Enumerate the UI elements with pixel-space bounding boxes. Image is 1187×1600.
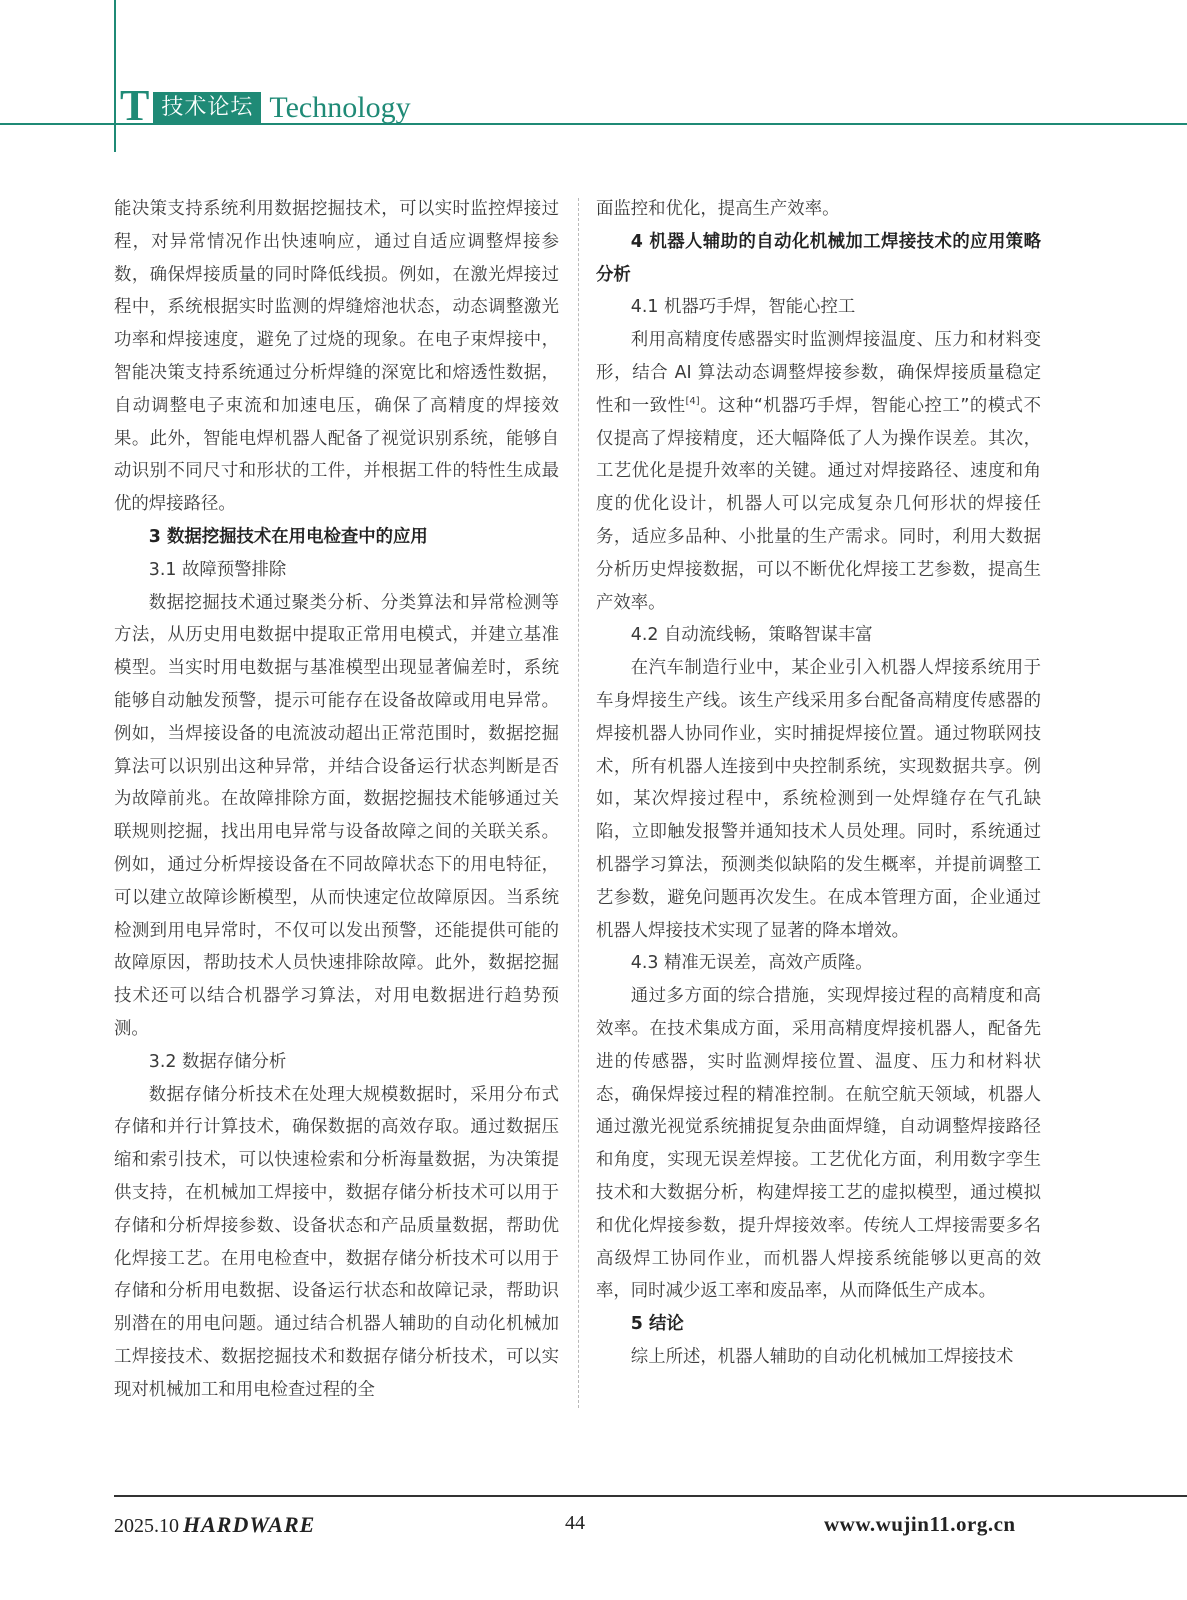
subsection-heading-3-2: 3.2 数据存储分析 xyxy=(114,1046,559,1079)
subsection-heading-4-3: 4.3 精准无误差，高效产质隆。 xyxy=(596,947,1041,980)
paragraph: 数据存储分析技术在处理大规模数据时，采用分布式存储和并行计算技术，确保数据的高效… xyxy=(114,1079,559,1407)
subsection-heading-4-2: 4.2 自动流线畅，策略智谋丰富 xyxy=(596,619,1041,652)
footer-issue: 2025.10HARDWARE xyxy=(114,1512,315,1538)
paragraph: 能决策支持系统利用数据挖掘技术，可以实时监控焊接过程，对异常情况作出快速响应，通… xyxy=(114,193,559,521)
magazine-name: HARDWARE xyxy=(183,1512,315,1537)
section-title-cn: 技术论坛 xyxy=(153,92,261,124)
left-column: 能决策支持系统利用数据挖掘技术，可以实时监控焊接过程，对异常情况作出快速响应，通… xyxy=(114,193,559,1406)
paragraph: 通过多方面的综合措施，实现焊接过程的高精度和高效率。在技术集成方面，采用高精度焊… xyxy=(596,980,1041,1308)
website-link[interactable]: www.wujin11.org.cn xyxy=(824,1512,1016,1537)
paragraph: 面监控和优化，提高生产效率。 xyxy=(596,193,1041,226)
column-divider xyxy=(578,198,579,1408)
header-vertical-rule xyxy=(114,0,116,152)
page-number: 44 xyxy=(565,1512,585,1535)
footer-rule xyxy=(114,1495,1187,1497)
section-title-en: Technology xyxy=(269,92,410,124)
section-heading-3: 3 数据挖掘技术在用电检查中的应用 xyxy=(114,521,559,554)
paragraph-text: 。这种“机器巧手焊，智能心控工”的模式不仅提高了焊接精度，还大幅降低了人为操作误… xyxy=(596,396,1041,613)
paragraph: 在汽车制造行业中，某企业引入机器人焊接系统用于车身焊接生产线。该生产线采用多台配… xyxy=(596,652,1041,947)
paragraph-with-citation: 利用高精度传感器实时监测焊接温度、压力和材料变形，结合 AI 算法动态调整焊接参… xyxy=(596,324,1041,619)
subsection-heading-4-1: 4.1 机器巧手焊，智能心控工 xyxy=(596,291,1041,324)
issue-date: 2025.10 xyxy=(114,1515,179,1537)
section-logo-letter: T xyxy=(120,88,149,124)
subsection-heading-3-1: 3.1 故障预警排除 xyxy=(114,554,559,587)
section-header: T 技术论坛 Technology xyxy=(120,88,411,124)
section-heading-4: 4 机器人辅助的自动化机械加工焊接技术的应用策略分析 xyxy=(596,226,1041,292)
paragraph: 数据挖掘技术通过聚类分析、分类算法和异常检测等方法，从历史用电数据中提取正常用电… xyxy=(114,587,559,1046)
right-column: 面监控和优化，提高生产效率。 4 机器人辅助的自动化机械加工焊接技术的应用策略分… xyxy=(596,193,1041,1374)
citation-ref[interactable]: [4] xyxy=(686,396,700,407)
paragraph: 综上所述，机器人辅助的自动化机械加工焊接技术 xyxy=(596,1341,1041,1374)
section-heading-5: 5 结论 xyxy=(596,1308,1041,1341)
